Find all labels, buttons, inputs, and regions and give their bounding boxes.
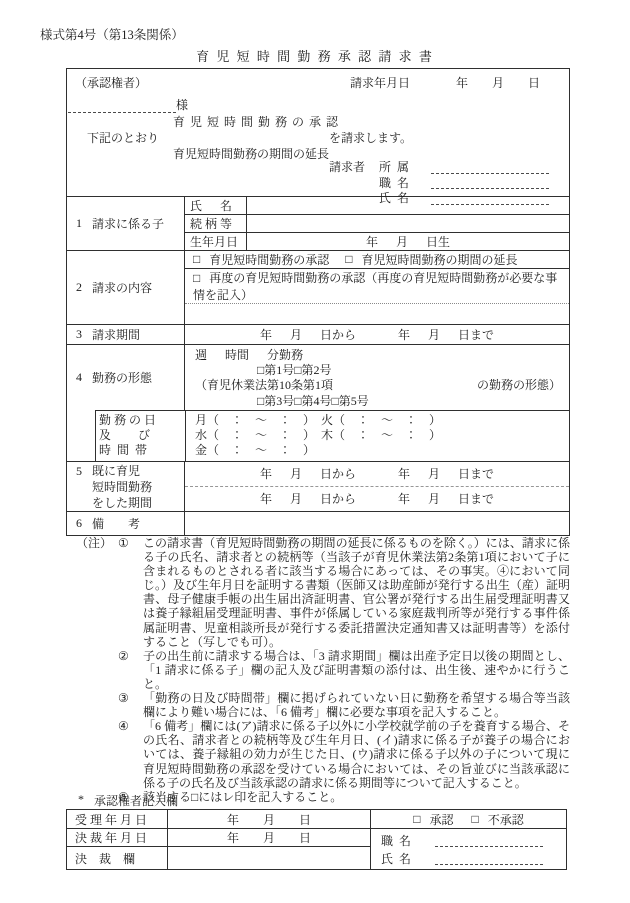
row-number: 2 — [76, 280, 82, 295]
note-text: 該当する□にはレ印を記入すること。 — [143, 790, 570, 804]
note-text: 「勤務の日及び時間帯」欄に掲げられていない日に勤務を希望する場合等当該欄により難… — [143, 691, 570, 719]
row-work-pattern-label: 4 勤務の形態 — [67, 345, 185, 410]
addressee-line: 様 — [68, 96, 188, 113]
option-approved: □ 承認 — [413, 811, 453, 828]
row-label-text: 請求期間 — [92, 326, 140, 343]
option-no3: □ 第3号 — [257, 394, 294, 409]
row-number: 3 — [76, 327, 82, 342]
request-option-extension: 育児短時間勤務の期間の延長 — [173, 145, 329, 162]
option-no5: □ 第5号 — [332, 394, 369, 409]
child-relation-row: 続 柄 等 — [185, 214, 569, 232]
work-pattern-value: 週 時間 分勤務 □ 第1号 □ 第2号 （育児休業法第10条第1項 の勤務の形… — [185, 345, 569, 410]
work-days-label-line: 及 び — [99, 428, 182, 443]
row-request-period-label: 3 請求期間 — [67, 325, 185, 344]
signer-position-label: 職 名 — [381, 832, 423, 849]
option-no4-label: 第4号 — [302, 394, 332, 409]
request-date-blanks[interactable]: 年 月 日 — [456, 74, 540, 91]
note-text: この請求書（育児短時間勤務の期間の延長に係るものを除く。）には、請求に係る子の氏… — [143, 536, 570, 649]
option-no5-label: 第5号 — [339, 394, 369, 409]
statement-prefix: 下記のとおり — [87, 129, 159, 146]
option-approved-label: 承認 — [429, 811, 453, 828]
requester-affiliation-row: 請求者 所 属 — [329, 160, 549, 176]
receipt-date-input-area[interactable]: 年 月 日 — [167, 810, 370, 828]
checkbox-re-approval[interactable]: □ — [193, 271, 200, 285]
request-date-gap — [410, 74, 456, 91]
decision-date-label: 決 裁 年 月 日 — [67, 828, 167, 846]
approver-section-label: 承認権者記入欄 — [94, 792, 178, 809]
request-period-input-area[interactable]: 年 月 日から 年 月 日まで — [185, 325, 569, 344]
name-blank-line[interactable] — [431, 193, 549, 205]
checkbox-extension[interactable]: □ — [345, 252, 352, 267]
decision-column-label: 決 裁 欄 — [67, 846, 167, 869]
re-approval-reason-input-area[interactable] — [185, 303, 569, 324]
option-no3-label: 第3号 — [264, 394, 294, 409]
request-date-label: 請求年月日 — [350, 74, 410, 91]
note-item-2: ② 子の出生前に請求する場合は、「3 請求期間」欄は出産予定日以後の期間とし、「… — [76, 649, 570, 691]
position-label: 職 名 — [379, 176, 423, 192]
option-no2-label: 第2号 — [302, 363, 332, 378]
decision-date-input-area[interactable]: 年 月 日 — [167, 828, 370, 846]
checkbox-approval[interactable]: □ — [193, 252, 200, 267]
previous-periods-value: 年 月 日から 年 月 日まで 年 月 日から 年 月 日まで — [185, 462, 569, 511]
child-birthdate-label: 生年月日 — [185, 233, 247, 250]
child-name-label: 氏 名 — [185, 197, 247, 214]
child-birthdate-input-area[interactable]: 年 月 日生 — [247, 233, 569, 250]
row-remarks-label: 6 備 考 — [67, 512, 185, 535]
row-work-pattern: 4 勤務の形態 週 時間 分勤務 □ 第1号 □ 第2号 （育児休業法第10条第… — [67, 344, 569, 461]
signer-name-label: 氏 名 — [381, 850, 423, 867]
work-days-label-line: 勤 務 の 日 — [99, 413, 182, 428]
option-approval-label: 育児短時間勤務の承認 — [209, 251, 329, 268]
row-number: 4 — [76, 370, 82, 385]
name-label: 氏 名 — [379, 191, 423, 207]
note-number: ③ — [118, 691, 143, 719]
row-request-content-value: □ 育児短時間勤務の承認 □ 育児短時間勤務の期間の延長 □再度の育児短時間勤務… — [185, 251, 569, 324]
requester-name-row: 氏 名 — [329, 191, 549, 207]
row-number: 5 — [76, 463, 82, 479]
note-item-1: （注） ① この請求書（育児短時間勤務の期間の延長に係るものを除く。）には、請求… — [76, 536, 570, 649]
row-child-label: 1 請求に係る子 — [67, 197, 185, 250]
affiliation-label: 所 属 — [379, 160, 423, 176]
signer-name-blank-line[interactable] — [435, 853, 543, 865]
checkbox-no4[interactable]: □ — [294, 394, 301, 409]
previous-period-2-input-area[interactable]: 年 月 日から 年 月 日まで — [185, 486, 569, 510]
option-re-approval-label: 再度の育児短時間勤務の承認（再度の育児短時間勤務が必要な事情を記入） — [193, 271, 557, 302]
option-re-approval: □再度の育児短時間勤務の承認（再度の育児短時間勤務が必要な事情を記入） — [185, 269, 569, 303]
requester-block: 請求者 所 属 職 名 氏 名 — [329, 160, 549, 207]
row-label-text: 備 考 — [92, 515, 140, 532]
request-option-approval: 育 児 短 時 間 勤 務 の 承 認 — [173, 113, 339, 130]
note-number: ① — [118, 536, 143, 649]
option-extension-label: 育児短時間勤務の期間の延長 — [362, 251, 518, 268]
approver-entry-table: 受 理 年 月 日 年 月 日 □ 承認 □ 不承認 決 裁 年 月 日 年 月… — [66, 809, 567, 870]
option-extension: □ 育児短時間勤務の期間の延長 — [345, 251, 517, 268]
requester-position-row: 職 名 — [329, 176, 549, 192]
remarks-input-area[interactable] — [185, 512, 569, 535]
affiliation-blank-line[interactable] — [431, 162, 549, 174]
row-label-text: 勤務の形態 — [92, 369, 152, 386]
child-relation-input-area[interactable] — [247, 215, 569, 232]
requester-label: 請求者 — [329, 160, 379, 176]
content-options-line: □ 育児短時間勤務の承認 □ 育児短時間勤務の期間の延長 — [185, 251, 569, 269]
work-days-label-line: 時 間 帯 — [99, 443, 182, 458]
approver-section-heading: * 承認権者記入欄 — [78, 792, 178, 809]
weekly-hours-line[interactable]: 週 時間 分勤務 — [195, 348, 561, 363]
option-no4: □ 第4号 — [294, 394, 331, 409]
signer-name-row: 氏 名 — [381, 850, 562, 867]
checkbox-no2[interactable]: □ — [294, 363, 301, 378]
work-days-line-wed-thu: 水（ ： ～ ： ） 木（ ： ～ ： ） — [195, 428, 569, 443]
previous-period-1-input-area[interactable]: 年 月 日から 年 月 日まで — [185, 462, 569, 486]
request-form-table: （承認権者） 請求年月日 年 月 日 様 育 児 短 時 間 勤 務 の 承 認… — [66, 68, 570, 536]
notes-block: （注） ① この請求書（育児短時間勤務の期間の延長に係るものを除く。）には、請求… — [76, 536, 570, 804]
checkbox-approved[interactable]: □ — [413, 812, 420, 827]
signer-position-blank-line[interactable] — [435, 835, 543, 847]
option-no1-label: 第1号 — [264, 363, 294, 378]
note-text: 「6 備考」欄には(ア)請求に係る子以外に小学校就学前の子を養育する場合、その氏… — [143, 719, 570, 789]
child-birthdate-row: 生年月日 年 月 日生 — [185, 232, 569, 250]
law-reference-close: の勤務の形態） — [477, 378, 561, 393]
work-days-line-fri: 金（ ： ～ ： ） — [195, 443, 569, 458]
checkbox-no1[interactable]: □ — [257, 363, 264, 378]
row-request-period: 3 請求期間 年 月 日から 年 月 日まで — [67, 324, 569, 344]
page-title: 育 児 短 時 間 勤 務 承 認 請 求 書 — [0, 46, 630, 65]
checkbox-no3[interactable]: □ — [257, 394, 264, 409]
note-item-4: ④ 「6 備考」欄には(ア)請求に係る子以外に小学校就学前の子を養育する場合、そ… — [76, 719, 570, 789]
request-date-row: 請求年月日 年 月 日 — [350, 74, 540, 91]
row-request-content-label: 2 請求の内容 — [67, 251, 185, 324]
receipt-date-label: 受 理 年 月 日 — [67, 810, 167, 828]
statement-suffix: を請求します。 — [329, 129, 412, 146]
decision-stamp-input-area[interactable] — [167, 846, 370, 869]
position-blank-line[interactable] — [431, 177, 549, 189]
approver-label: （承認権者） — [75, 74, 147, 91]
signer-position-row: 職 名 — [381, 832, 562, 849]
row-remarks: 6 備 考 — [67, 511, 569, 535]
asterisk-mark: * — [78, 792, 84, 809]
law-reference-open: （育児休業法第10条第1項 — [195, 378, 333, 393]
signer-cell: 職 名 氏 名 — [370, 828, 566, 869]
document-page: 様式第4号（第13条関係） 育 児 短 時 間 勤 務 承 認 請 求 書 （承… — [0, 0, 630, 903]
checkbox-not-approved[interactable]: □ — [472, 812, 479, 827]
form-number: 様式第4号（第13条関係） — [40, 25, 184, 43]
work-pattern-left-strip — [67, 410, 95, 461]
note-text: 子の出生前に請求する場合は、「3 請求期間」欄は出産予定日以後の期間とし、「1 … — [143, 649, 570, 691]
row-request-content: 2 請求の内容 □ 育児短時間勤務の承認 □ 育児短時間勤務の期間の延長 □再度… — [67, 250, 569, 324]
checkbox-no5[interactable]: □ — [332, 394, 339, 409]
addressee-suffix: 様 — [176, 96, 188, 113]
addressee-blank-line[interactable] — [68, 101, 176, 113]
approval-decision-cell: □ 承認 □ 不承認 — [370, 810, 566, 828]
row-previous-periods-label: 5 既に育児 短時間勤務 をした期間 — [67, 462, 185, 511]
option-approval: □ 育児短時間勤務の承認 — [193, 251, 329, 268]
law-reference-line: （育児休業法第10条第1項 の勤務の形態） — [195, 378, 561, 393]
notes-prefix: （注） — [76, 536, 112, 550]
option-not-approved-label: 不承認 — [488, 811, 524, 828]
note-number: ② — [118, 649, 143, 691]
row-label-text: 請求に係る子 — [92, 215, 164, 232]
row-number: 1 — [76, 216, 82, 231]
option-no2: □ 第2号 — [294, 363, 331, 378]
note-number: ④ — [118, 719, 143, 789]
work-days-input-area[interactable]: 月（ ： ～ ： ） 火（ ： ～ ： ） 水（ ： ～ ： ） 木（ ： ～ … — [185, 410, 569, 461]
pattern-checks-top: □ 第1号 □ 第2号 — [195, 363, 561, 378]
work-days-line-mon-tue: 月（ ： ～ ： ） 火（ ： ～ ： ） — [195, 413, 569, 428]
row-label-text: 請求の内容 — [92, 279, 152, 296]
row-previous-periods: 5 既に育児 短時間勤務 をした期間 年 月 日から 年 月 日まで 年 月 日… — [67, 461, 569, 511]
form-header-box: （承認権者） 請求年月日 年 月 日 様 育 児 短 時 間 勤 務 の 承 認… — [67, 69, 569, 196]
child-relation-label: 続 柄 等 — [185, 215, 247, 232]
row-label-text: 既に育児 短時間勤務 をした期間 — [92, 463, 152, 511]
pattern-checks-bottom: □ 第3号 □ 第4号 □ 第5号 — [195, 394, 561, 409]
row-number: 6 — [76, 516, 82, 531]
option-not-approved: □ 不承認 — [472, 811, 524, 828]
option-no1: □ 第1号 — [257, 363, 294, 378]
work-days-label: 勤 務 の 日 及 び 時 間 帯 — [95, 410, 186, 461]
note-item-3: ③ 「勤務の日及び時間帯」欄に掲げられていない日に勤務を希望する場合等当該欄によ… — [76, 691, 570, 719]
